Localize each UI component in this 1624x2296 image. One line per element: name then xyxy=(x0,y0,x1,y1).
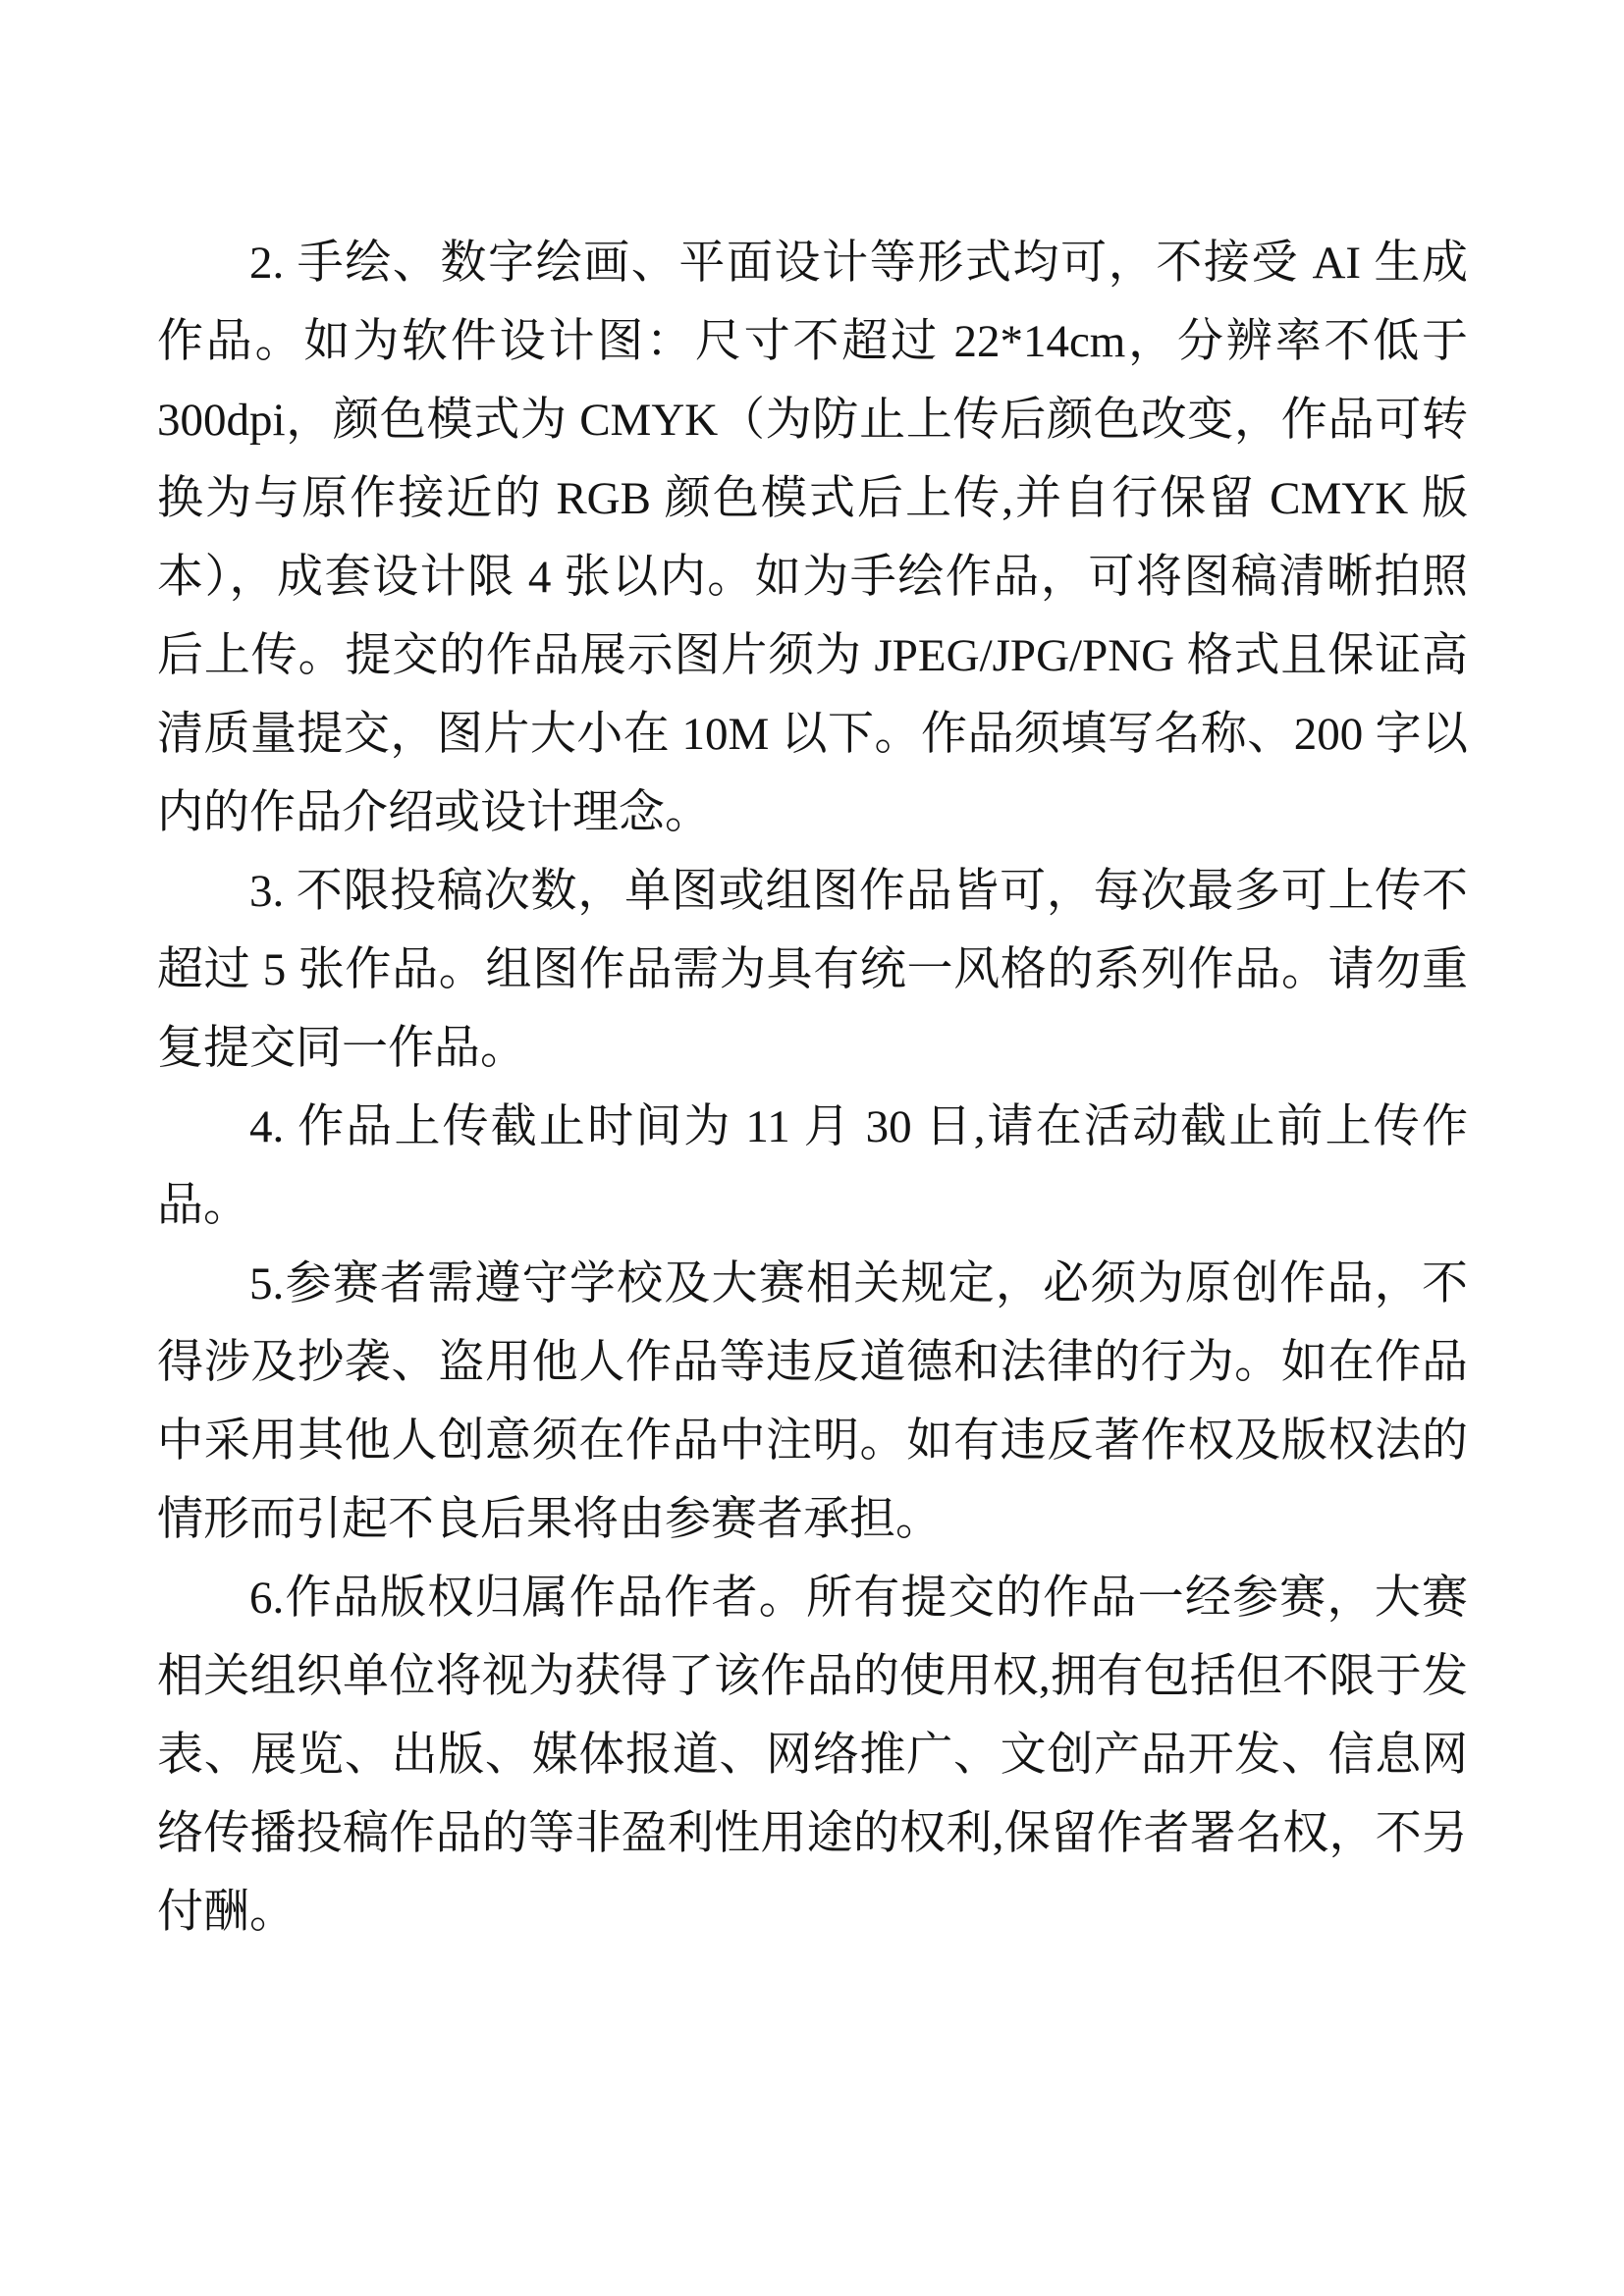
paragraph-rule-4: 4. 作品上传截止时间为 11 月 30 日,请在活动截止前上传作品。 xyxy=(157,1088,1468,1245)
paragraph-rule-6: 6.作品版权归属作品作者。所有提交的作品一经参赛，大赛相关组织单位将视为获得了该… xyxy=(157,1559,1468,1951)
document-page: 2. 手绘、数字绘画、平面设计等形式均可，不接受 AI 生成作品。如为软件设计图… xyxy=(0,0,1624,2296)
paragraph-rule-3: 3. 不限投稿次数，单图或组图作品皆可，每次最多可上传不超过 5 张作品。组图作… xyxy=(157,852,1468,1088)
paragraph-rule-2: 2. 手绘、数字绘画、平面设计等形式均可，不接受 AI 生成作品。如为软件设计图… xyxy=(157,224,1468,852)
paragraph-rule-5: 5.参赛者需遵守学校及大赛相关规定，必须为原创作品，不得涉及抄袭、盗用他人作品等… xyxy=(157,1245,1468,1559)
document-body: 2. 手绘、数字绘画、平面设计等形式均可，不接受 AI 生成作品。如为软件设计图… xyxy=(157,224,1468,1951)
